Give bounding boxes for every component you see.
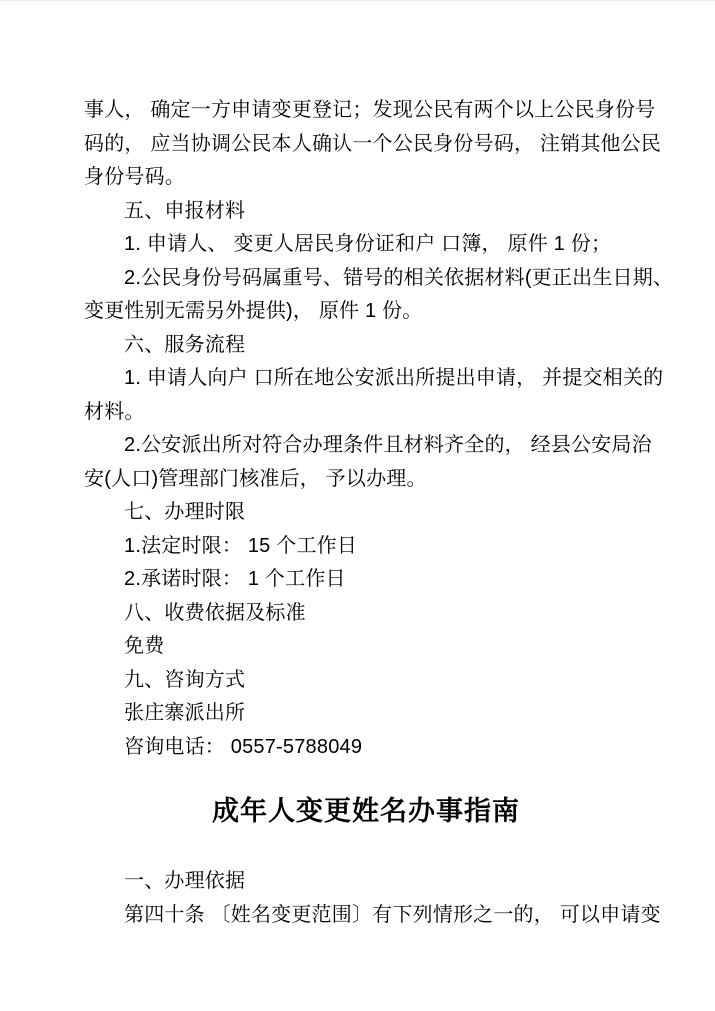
process-step-2-line-1: 2.公安派出所对符合办理条件且材料齐全的， 经县公安局治 <box>84 429 648 463</box>
material-item-2-line-1: 2.公民身份号码属重号、错号的相关依据材料(更正出生日期、 <box>84 262 648 296</box>
section-8-heading: 八、收费依据及标准 <box>84 597 648 631</box>
page-content: 事人， 确定一方申请变更登记；发现公民有两个以上公民身份号 码的， 应当协调公民… <box>84 94 648 932</box>
process-step-1-line-2: 材料。 <box>84 396 648 430</box>
paragraph-continuation-line-2: 码的， 应当协调公民本人确认一个公民身份号码， 注销其他公民 <box>84 128 648 162</box>
section-1-heading: 一、办理依据 <box>84 865 648 899</box>
process-step-1-line-1: 1. 申请人向户 口所在地公安派出所提出申请， 并提交相关的 <box>84 362 648 396</box>
guide-next-body: 一、办理依据 第四十条 〔姓名变更范围〕有下列情形之一的， 可以申请变 <box>84 865 648 932</box>
statutory-time-limit: 1.法定时限： 15 个工作日 <box>84 530 648 564</box>
consult-phone: 咨询电话： 0557-5788049 <box>84 731 648 765</box>
section-6-heading: 六、服务流程 <box>84 329 648 363</box>
paragraph-continuation-line-3: 身份号码。 <box>84 161 648 195</box>
process-step-2-line-2: 安(人口)管理部门核准后， 予以办理。 <box>84 463 648 497</box>
section-7-heading: 七、办理时限 <box>84 496 648 530</box>
document-page: 事人， 确定一方申请变更登记；发现公民有两个以上公民身份号 码的， 应当协调公民… <box>0 0 715 1011</box>
promised-time-limit: 2.承诺时限： 1 个工作日 <box>84 563 648 597</box>
fee-free-text: 免费 <box>84 630 648 664</box>
paragraph-continuation-line-1: 事人， 确定一方申请变更登记；发现公民有两个以上公民身份号 <box>84 94 648 128</box>
police-station-name: 张庄寨派出所 <box>84 697 648 731</box>
material-item-1: 1. 申请人、 变更人居民身份证和户 口簿， 原件 1 份； <box>84 228 648 262</box>
guide-title: 成年人变更姓名办事指南 <box>84 791 648 831</box>
article-40-line: 第四十条 〔姓名变更范围〕有下列情形之一的， 可以申请变 <box>84 899 648 933</box>
section-5-heading: 五、申报材料 <box>84 195 648 229</box>
section-9-heading: 九、咨询方式 <box>84 664 648 698</box>
material-item-2-line-2: 变更性别无需另外提供)， 原件 1 份。 <box>84 295 648 329</box>
